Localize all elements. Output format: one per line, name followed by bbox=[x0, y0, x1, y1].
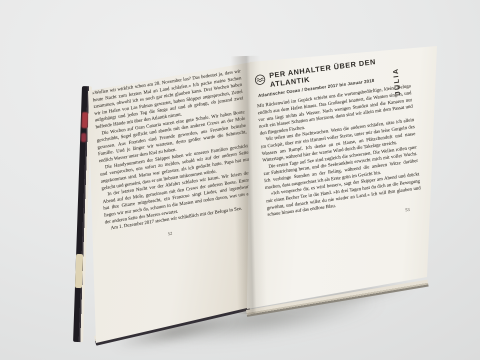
cover-art-cream-detail bbox=[75, 254, 83, 288]
body-paragraph: Wir teilen uns die Nachtwachen. Wenn die… bbox=[260, 117, 416, 164]
body-paragraph: In der letzten Nacht vor der Abfahrt sch… bbox=[102, 170, 254, 226]
right-page-number: 53 bbox=[269, 205, 423, 230]
left-page-number: 52 bbox=[96, 220, 245, 247]
body-paragraph: »Ich verspreche dir, es wird besser«, sa… bbox=[265, 171, 421, 218]
left-page-body: »Wollen wir wirklich schon am 28. Novemb… bbox=[92, 68, 254, 233]
chapter-author-margin-label: JULIA bbox=[391, 66, 402, 97]
chapter-subtitle: Atlantischer Ozean / Dezember 2017 bis J… bbox=[258, 73, 410, 98]
cover-art-red-detail bbox=[81, 133, 86, 142]
cover-art-red-detail bbox=[82, 112, 89, 128]
body-paragraph: Die Wochen auf Gran Canaria waren eine g… bbox=[96, 109, 248, 165]
book-photo-scene: »Wollen wir wirklich schon am 28. Novemb… bbox=[0, 0, 480, 360]
body-paragraph: Mit Rückenwind im Gepäck schiebt uns die… bbox=[257, 83, 414, 137]
body-paragraph: Die Handynummern der Skipper haben wir u… bbox=[99, 142, 250, 191]
chapter-title-line2: ATLANTIK bbox=[270, 63, 410, 90]
chapter-title: PER ANHALTER ÜBER DEN ATLANTIK bbox=[269, 54, 409, 90]
body-paragraph: Die ersten Tage auf See sind zugleich di… bbox=[263, 144, 419, 191]
right-page-body: Mit Rückenwind im Gepäck schiebt uns die… bbox=[257, 83, 422, 218]
body-paragraph: Am 1. Dezember 2017 stechen wir schließl… bbox=[105, 203, 254, 232]
chapter-header: PER ANHALTER ÜBER DEN ATLANTIK Atlantisc… bbox=[254, 54, 410, 99]
body-paragraph: »Wollen wir wirklich schon am 28. Novemb… bbox=[92, 68, 244, 131]
chapter-title-line1: PER ANHALTER ÜBER DEN bbox=[269, 54, 409, 81]
